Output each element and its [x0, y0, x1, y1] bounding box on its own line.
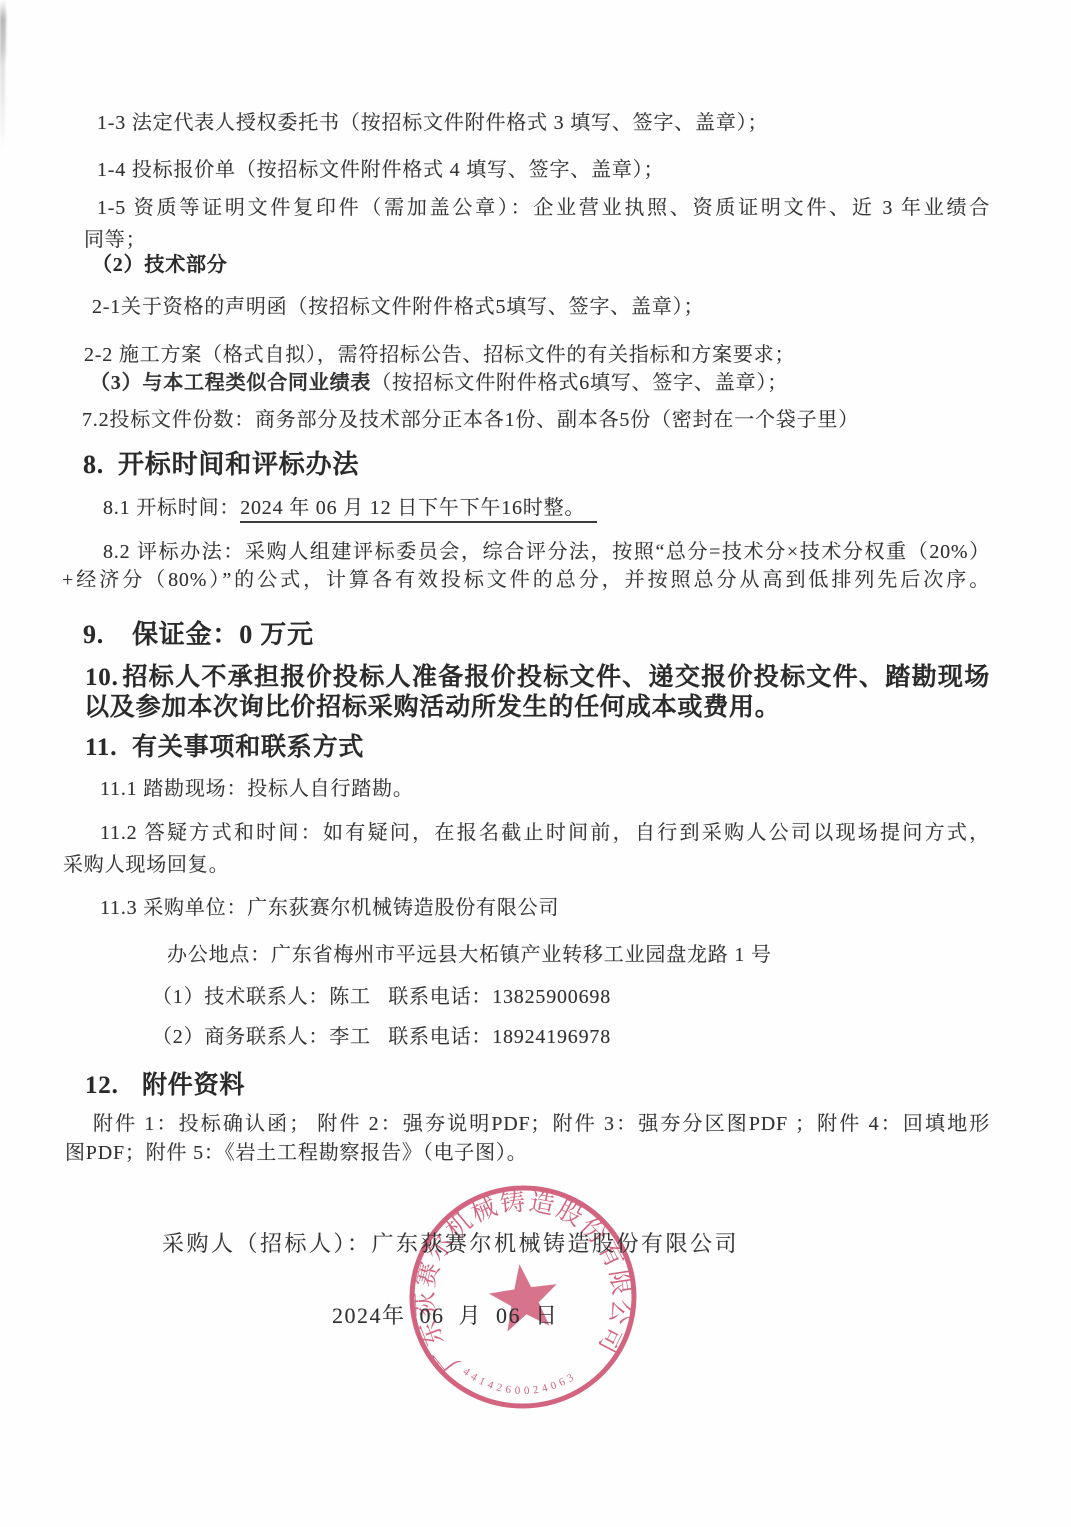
- text-line: （1）技术联系人：陈工 联系电话：13825900698: [152, 987, 611, 1007]
- text-line: 图PDF；附件 5：《岩土工程勘察报告》（电子图）。: [65, 1143, 528, 1163]
- text-line: 8.开标时间和评标办法: [83, 452, 359, 478]
- date-line: 2024年 06 月 06 日: [332, 1305, 559, 1327]
- text-line: （2）技术部分: [92, 255, 228, 275]
- seal-company-text: 广东荻赛尔机械铸造股份有限公司: [398, 1173, 643, 1386]
- text-line: +经济分（80%）”的公式，计算各有效投标文件的总分，并按照总分从高到低排列先后…: [62, 570, 990, 590]
- text-line: 以及参加本次询比价招标采购活动所发生的任何成本或费用。: [84, 695, 781, 720]
- seal-border: [398, 1174, 648, 1421]
- purchaser-line: 采购人（招标人）：广东荻赛尔机械铸造股份有限公司: [162, 1233, 739, 1255]
- text-line: 8.2 评标办法：采购人组建评标委员会，综合评分法，按照“总分=技术分×技术分权…: [103, 542, 990, 562]
- text-line: 11.1 踏勘现场：投标人自行踏勘。: [100, 779, 414, 799]
- text-line: 2-2 施工方案（格式自拟），需符招标公告、招标文件的有关指标和方案要求；: [84, 345, 795, 365]
- text-line: 同等；: [84, 230, 146, 250]
- document-page: 广东荻赛尔机械铸造股份有限公司 4414260024063 1-3 法定代表人授…: [0, 0, 1071, 1527]
- text-line: 2-1关于资格的声明函（按招标文件附件格式5填写、签字、盖章）；: [92, 297, 704, 317]
- text-line: 9.保证金：0 万元: [83, 622, 314, 648]
- text-line: 1-4 投标报价单（按招标文件附件格式 4 填写、签字、盖章）；: [97, 160, 664, 180]
- text-line: 11.3 采购单位：广东荻赛尔机械铸造股份有限公司: [100, 898, 559, 918]
- text-line: 附件 1：投标确认函； 附件 2：强夯说明PDF；附件 3：强夯分区图PDF ；…: [93, 1114, 990, 1134]
- text-line: 8.1 开标时间：2024 年 06 月 12 日下午下午16时整。: [103, 498, 597, 518]
- text-line: 采购人现场回复。: [63, 855, 229, 875]
- text-line: 1-3 法定代表人授权委托书（按招标文件附件格式 3 填写、签字、盖章）；: [97, 113, 768, 133]
- text-line: （2）商务联系人：李工 联系电话：18924196978: [152, 1027, 611, 1047]
- text-line: 办公地点：广东省梅州市平远县大柘镇产业转移工业园盘龙路 1 号: [167, 945, 772, 965]
- scan-artifact: [0, 0, 6, 64]
- text-line: 7.2投标文件份数：商务部分及技术部分正本各1份、副本各5份（密封在一个袋子里）: [82, 410, 859, 430]
- scan-artifact: [0, 0, 5, 150]
- text-line: 11.2 答疑方式和时间：如有疑问，在报名截止时间前，自行到采购人公司以现场提问…: [100, 823, 990, 843]
- text-line: 11.有关事项和联系方式: [85, 735, 364, 760]
- company-seal: 广东荻赛尔机械铸造股份有限公司 4414260024063: [398, 1172, 654, 1428]
- text-line: （3）与本工程类似合同业绩表（按招标文件附件格式6填写、签字、盖章）；: [90, 373, 788, 393]
- text-line: 12.附件资料: [85, 1073, 245, 1098]
- text-line: 10.招标人不承担报价投标人准备报价投标文件、递交报价投标文件、踏勘现场: [85, 665, 990, 690]
- text-line: 1-5 资质等证明文件复印件（需加盖公章）：企业营业执照、资质证明文件、近 3 …: [97, 198, 990, 218]
- seal-serial-text: 4414260024063: [459, 1350, 580, 1406]
